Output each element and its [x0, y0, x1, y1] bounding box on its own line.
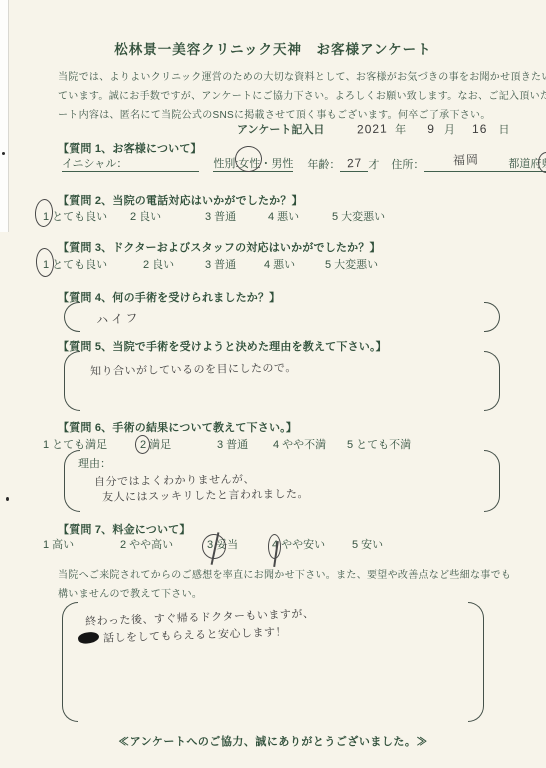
q3-option-4: 4悪い [264, 256, 295, 272]
q1-gender-separator: ・ [260, 158, 271, 170]
q2-option-1-num: 1 [43, 211, 49, 223]
q3-option-3-num: 3 [205, 259, 211, 271]
q4-answer-text: ハイフ [95, 308, 141, 328]
q3-option-5-num: 5 [325, 259, 331, 271]
footer-thanks: ≪アンケートへのご協力、誠にありがとうございました。≫ [0, 733, 546, 749]
intro-line-1: 当院では、よりよいクリニック運営のための大切な資料として、お客様がお気づきの事を… [58, 68, 546, 87]
q1-age-unit: 才 [368, 156, 379, 172]
q1-address-suffix-plain: 都道府 [508, 158, 541, 170]
q3-option-5-label: 大変悪い [334, 259, 378, 271]
q2-option-3-label: 普通 [214, 211, 236, 223]
q6-reason-line-2: 友人にはスッキリしたと言われました。 [102, 485, 309, 505]
q3-option-3: 3普通 [205, 256, 236, 272]
q3-option-2: 2良い [143, 256, 174, 272]
q1-address-value: 福岡 [453, 151, 480, 169]
q1-answer-row: イニシャル： 性別: 女性・男性 年齢： 27 才 住所： 福岡 都道府県 [62, 150, 546, 172]
q3-options-row: 1とても良い 2良い 3普通 4悪い 5大変悪い [0, 256, 546, 272]
q1-age-label: 年齢： [307, 156, 340, 172]
date-day-value: 16 [472, 122, 487, 136]
q3-option-3-label: 普通 [214, 259, 236, 271]
q7-option-4: 4やや安い [272, 536, 325, 552]
q1-age-field: 27 [340, 157, 368, 172]
q6-heading: 【質問 6、手術の結果について教えて下さい。】 [58, 419, 297, 435]
q7-option-2-label: やや高い [129, 539, 173, 551]
q7-option-3-label: 妥当 [216, 539, 238, 551]
q7-option-5: 5安い [352, 536, 383, 552]
q7-option-5-label: 安い [361, 539, 383, 551]
q1-gender-male: 男性 [271, 158, 293, 170]
date-month-value: 9 [427, 122, 435, 136]
date-day-unit: 日 [498, 124, 509, 136]
date-year-value: 2021 [357, 121, 388, 136]
page-title: 松林景一美容クリニック天神 お客様アンケート [0, 38, 546, 58]
date-year-unit: 年 [395, 124, 406, 136]
date-line: アンケート記入日 2021 年 9 月 16 日 [237, 121, 509, 137]
q3-option-2-label: 良い [152, 259, 174, 271]
q3-option-1-num: 1 [43, 259, 49, 271]
free-comment-line-2: 話しをしてもらえると安心します！ [103, 626, 287, 644]
q7-option-4-num: 4 [272, 539, 278, 551]
q2-option-3-num: 3 [205, 211, 211, 223]
q2-option-2-label: 良い [139, 211, 161, 223]
q1-address-suffix-circled: 県 [541, 155, 546, 171]
q2-option-3: 3普通 [205, 208, 236, 224]
q3-option-1: 1とても良い [43, 256, 107, 272]
q7-option-3-num: 3 [207, 539, 213, 551]
q1-age-value: 27 [346, 156, 362, 171]
q7-option-1-label: 高い [52, 539, 74, 551]
q3-option-4-label: 悪い [273, 259, 295, 271]
q7-option-3: 3妥当 [207, 536, 238, 552]
q3-option-2-num: 2 [143, 259, 149, 271]
intro-paragraph: 当院では、よりよいクリニック運営のための大切な資料として、お客様がお気づきの事を… [58, 68, 546, 125]
q6-option-1-num: 1 [43, 439, 49, 451]
q1-initial-field [127, 171, 199, 172]
q4-answer-box: ハイフ [64, 302, 500, 332]
free-comment-prompt-line-1: 当院へご来院されてからのご感想を率直にお聞かせ下さい。また、要望や改善点など些細… [58, 566, 511, 585]
scan-speck [6, 497, 9, 501]
redaction-mark [77, 631, 100, 645]
q2-option-4-num: 4 [268, 211, 274, 223]
q2-option-5-label: 大変悪い [341, 211, 385, 223]
q2-option-4: 4悪い [268, 208, 299, 224]
q1-address-suffix: 都道府県 [508, 155, 546, 172]
q6-reason-label: 理由： [78, 455, 111, 471]
q2-option-2: 2良い [130, 208, 161, 224]
free-comment-prompt: 当院へご来院されてからのご感想を率直にお聞かせ下さい。また、要望や改善点など些細… [58, 566, 511, 604]
q6-reason-box: 理由： 自分ではよくわかりませんが、 友人にはスッキリしたと言われました。 [64, 450, 500, 512]
q7-options-row: 1高い 2やや高い 3妥当 4やや安い 5安い [0, 536, 546, 552]
q1-address-field: 福岡 [424, 154, 508, 172]
q2-option-5-num: 5 [332, 211, 338, 223]
date-label: アンケート記入日 [237, 124, 324, 136]
intro-line-2: ています。誠にお手数ですが、アンケートにご協力下さい。よろしくお願い致します。な… [58, 87, 546, 106]
q1-gender-label: 性別: [213, 155, 238, 172]
q7-heading: 【質問 7、料金について】 [58, 521, 191, 537]
survey-scan-page: 松林景一美容クリニック天神 お客様アンケート 当院では、よりよいクリニック運営の… [0, 0, 546, 768]
q2-option-2-num: 2 [130, 211, 136, 223]
q5-answer-text: 知り合いがしているのを目にしたので。 [90, 359, 297, 379]
q1-address-label: 住所： [391, 156, 424, 172]
q7-option-5-num: 5 [352, 539, 358, 551]
date-month-unit: 月 [444, 124, 455, 136]
q7-option-1: 1高い [43, 536, 74, 552]
q1-gender-female-circled: 女性 [238, 155, 260, 171]
q2-option-5: 5大変悪い [332, 208, 385, 224]
q2-options-row: 1とても良い 2良い 3普通 4悪い 5大変悪い [0, 208, 546, 224]
q2-option-4-label: 悪い [277, 211, 299, 223]
q7-option-4-label: やや安い [281, 539, 325, 551]
q2-option-1: 1とても良い [43, 208, 107, 224]
q2-heading: 【質問 2、当院の電話対応はいかがでしたか？】 [58, 192, 303, 208]
q7-option-1-num: 1 [43, 539, 49, 551]
q3-option-5: 5大変悪い [325, 256, 378, 272]
scan-speck [2, 152, 5, 155]
q7-option-2: 2やや高い [120, 536, 173, 552]
q5-answer-box: 知り合いがしているのを目にしたので。 [64, 351, 500, 411]
q2-option-1-label: とても良い [52, 211, 107, 223]
scan-edge-artifact [0, 0, 9, 232]
q3-heading: 【質問 3、ドクターおよびスタッフの対応はいかがでしたか？】 [58, 239, 381, 255]
q1-gender-options: 女性・男性 [238, 155, 293, 172]
q7-option-2-num: 2 [120, 539, 126, 551]
q3-option-4-num: 4 [264, 259, 270, 271]
q3-option-1-label: とても良い [52, 259, 107, 271]
free-comment-box: 終わった後、すぐ帰るドクターもいますが、 話しをしてもらえると安心します！ [62, 602, 484, 722]
q1-initial-label: イニシャル： [62, 155, 127, 172]
